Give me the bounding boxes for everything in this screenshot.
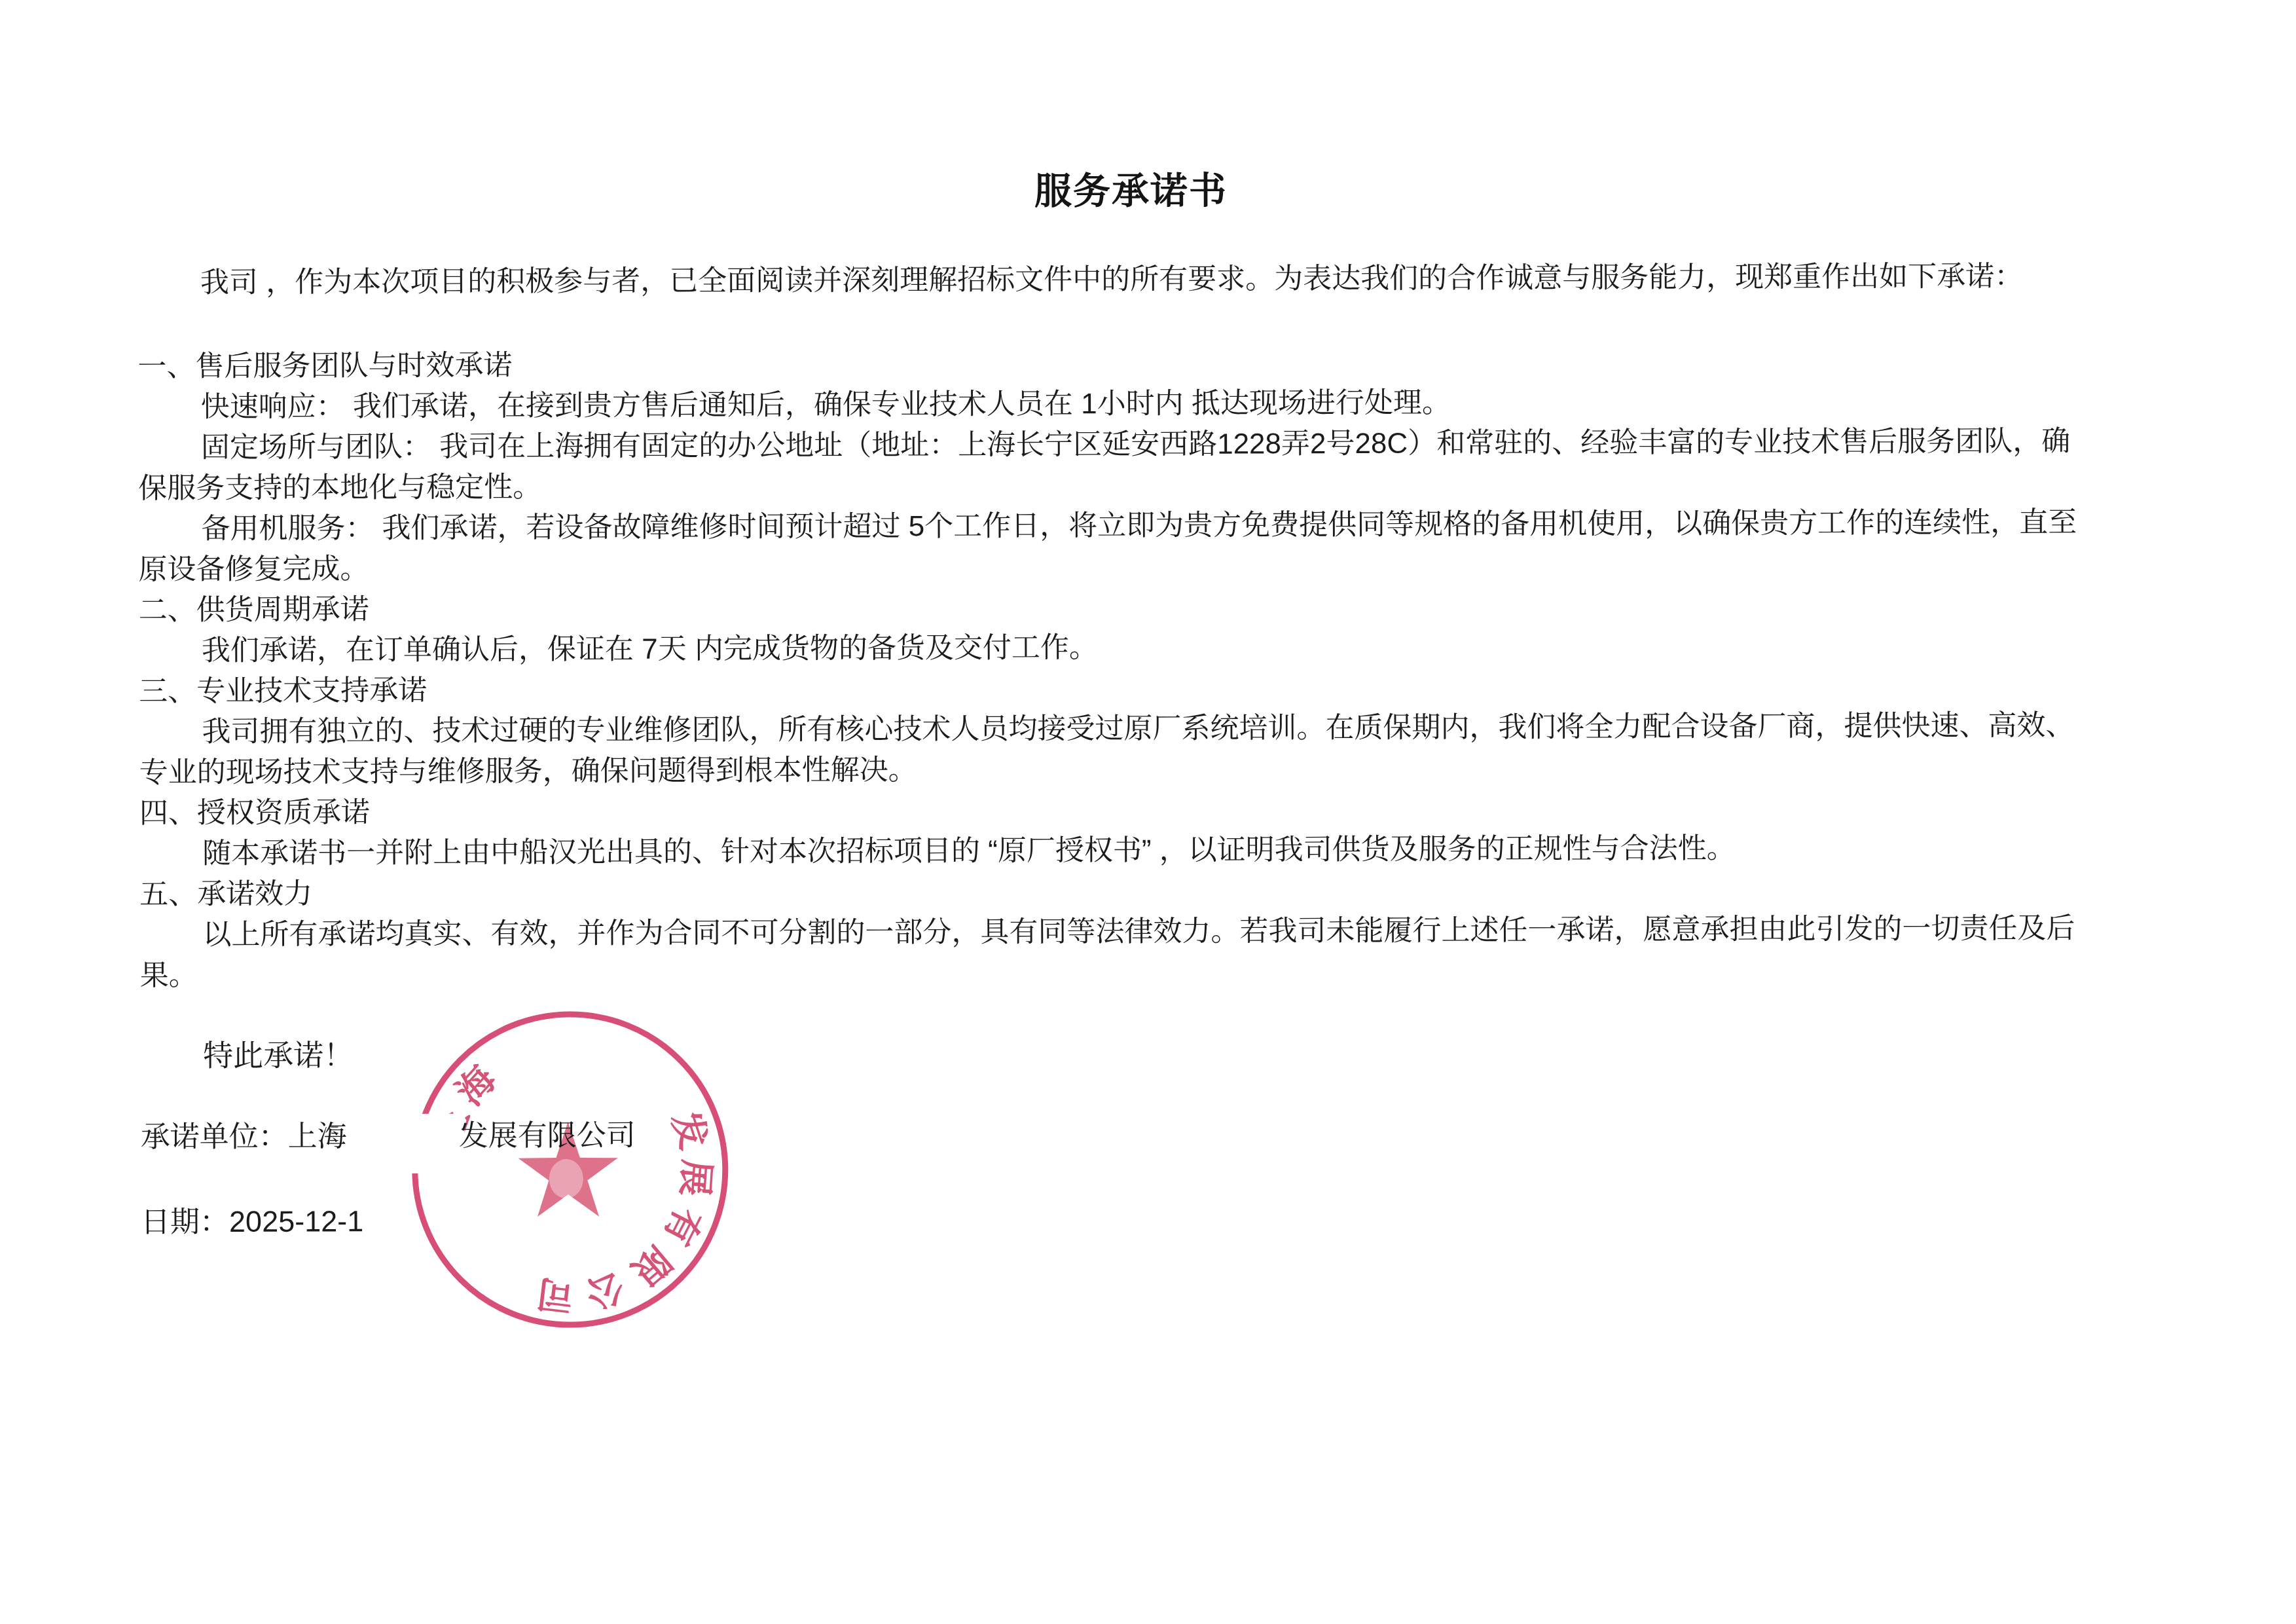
closing-statement: 特此承诺！	[140, 1028, 2189, 1076]
body-line: 随本承诺书一并附上由中船汉光出具的、针对本次招标项目的 “原厂授权书” ，以证明…	[139, 826, 2189, 874]
date-line: 日期：2025-12-1	[141, 1194, 2190, 1242]
body-line: 专业的现场技术支持与维修服务，确保问题得到根本性解决。	[139, 745, 2189, 793]
scan-content: 上 海 发 展 有 限 公 司 服务承诺书 我司 ，作为本次项目的积极参与者，已…	[0, 0, 2296, 1624]
body-line: 果。	[140, 948, 2189, 996]
body-line: 保服务支持的本地化与稳定性。	[138, 461, 2187, 509]
signature-company-line: 承诺单位：上海 非 发展有限公司	[140, 1109, 2189, 1157]
body-line: 固定场所与团队： 我司在上海拥有固定的办公地址（地址：上海长宁区延安西路1228…	[138, 420, 2187, 468]
stamp-ring-char: 公	[582, 1266, 629, 1316]
section-heading: 二、供货周期承诺	[139, 583, 2188, 631]
body-line: 原设备修复完成。	[138, 542, 2187, 590]
section-heading: 五、承诺效力	[139, 867, 2189, 915]
section-heading: 四、授权资质承诺	[139, 786, 2189, 834]
company-line-suffix: 发展有限公司	[458, 1115, 635, 1156]
body-line: 快速响应： 我们承诺，在接到贵方售后通知后，确保专业技术人员在 1小时内 抵达现…	[138, 380, 2187, 428]
body-line: 备用机服务： 我们承诺，若设备故障维修时间预计超过 5个工作日，将立即为贵方免费…	[138, 502, 2187, 549]
body-line: 我司拥有独立的、技术过硬的专业维修团队，所有核心技术人员均接受过原厂系统培训。在…	[139, 705, 2188, 752]
body-line: 我们承诺，在订单确认后，保证在 7天 内完成货物的备货及交付工作。	[139, 623, 2188, 671]
company-line-prefix: 承诺单位：上海	[140, 1119, 346, 1153]
stamp-ring-char: 司	[534, 1272, 575, 1318]
body-line: 以上所有承诺均真实、有效，并作为合同不可分割的一部分，具有同等法律效力。若我司未…	[139, 908, 2189, 955]
scanned-document-page: 上 海 发 展 有 限 公 司 服务承诺书 我司 ，作为本次项目的积极参与者，已…	[0, 0, 2296, 1624]
company-name-partial-glyph: 非	[328, 1116, 338, 1154]
section-heading: 一、售后服务团队与时效承诺	[137, 339, 2187, 387]
page-title: 服务承诺书	[0, 157, 2264, 219]
document-body: 我司 ，作为本次项目的积极参与者，已全面阅读并深刻理解招标文件中的所有要求。为表…	[137, 255, 2190, 1242]
intro-paragraph: 我司 ，作为本次项目的积极参与者，已全面阅读并深刻理解招标文件中的所有要求。为表…	[137, 255, 2187, 303]
section-heading: 三、专业技术支持承诺	[139, 664, 2188, 712]
